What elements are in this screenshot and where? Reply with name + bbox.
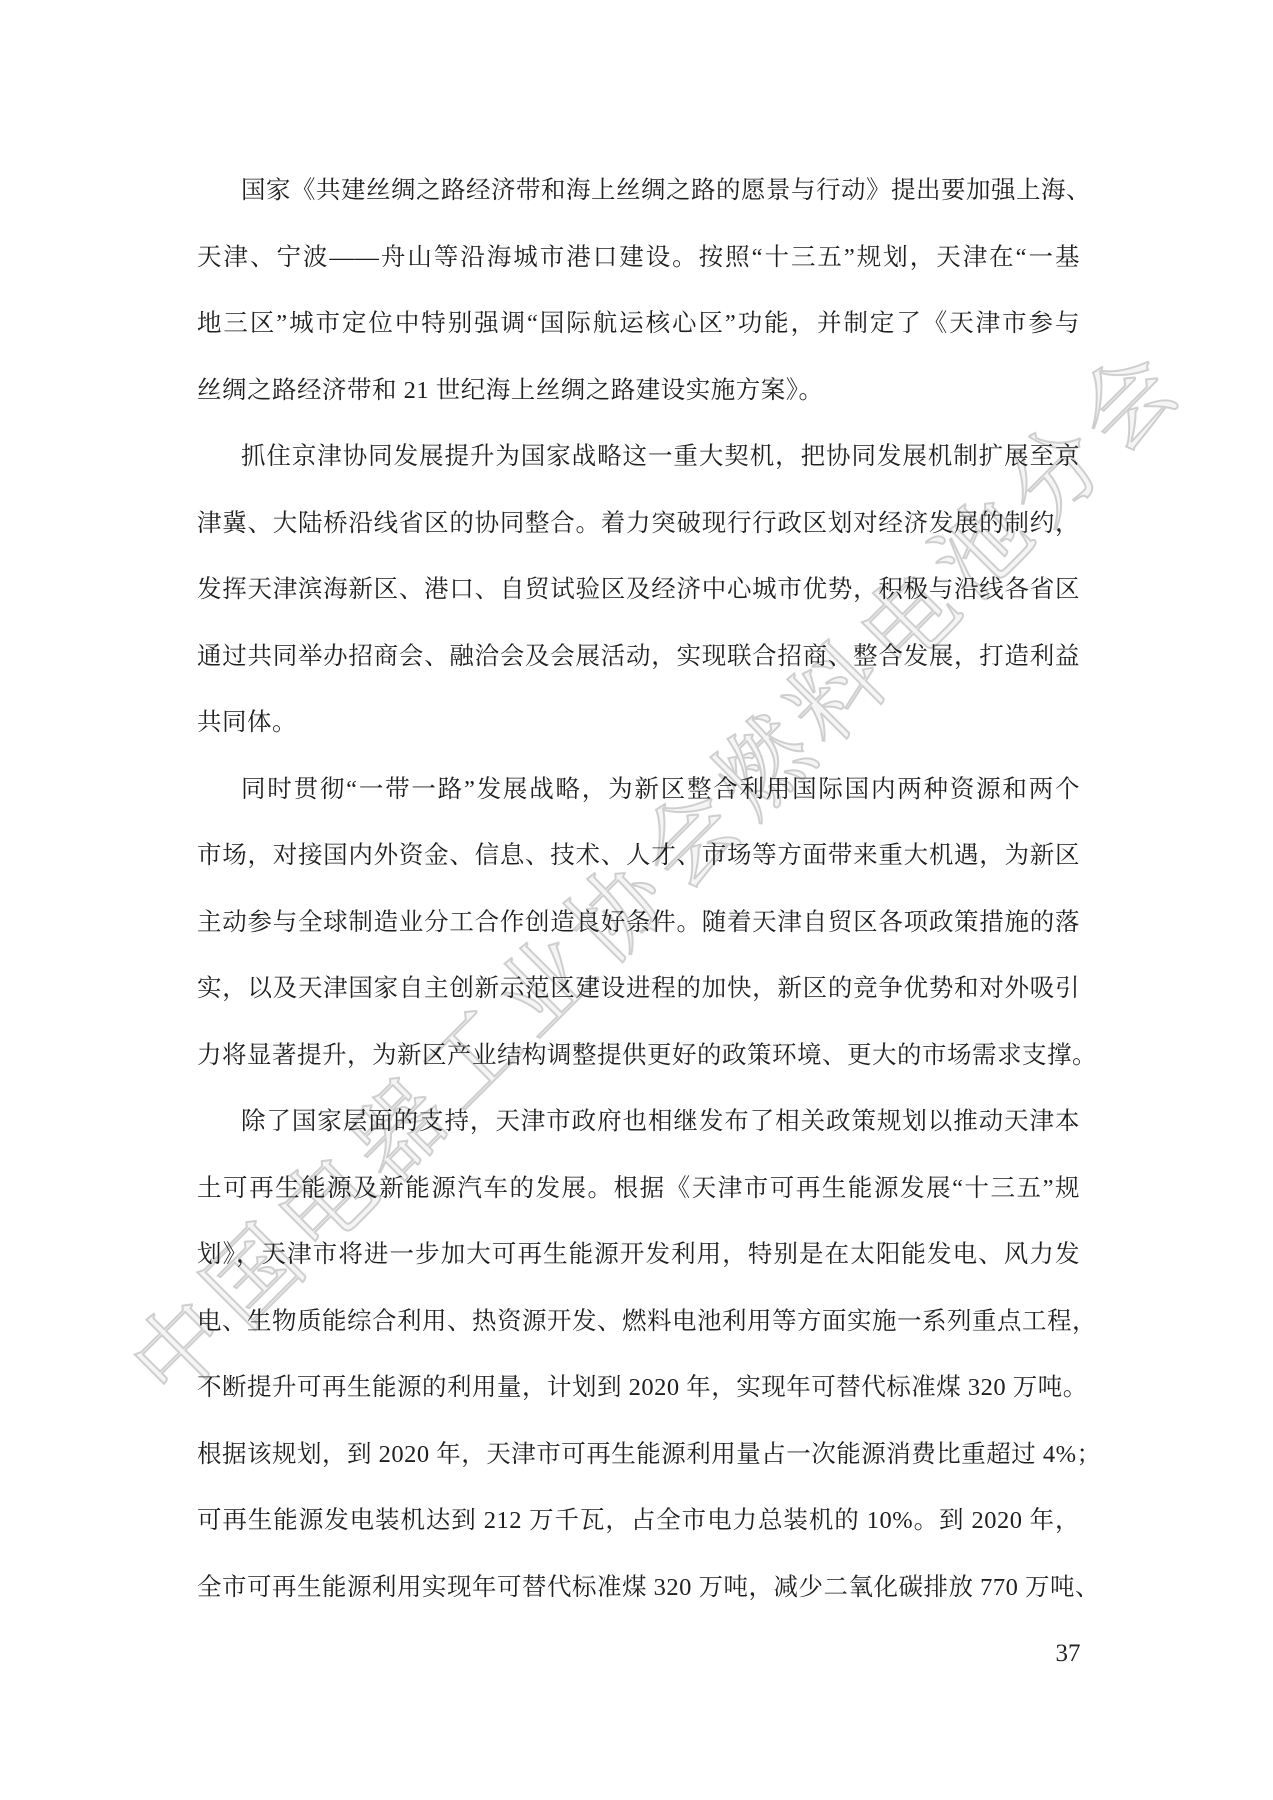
text-line: 市场，对接国内外资金、信息、技术、人才、市场等方面带来重大机遇，为新区 <box>197 823 1080 890</box>
text-line: 地三区”城市定位中特别强调“国际航运核心区”功能，并制定了《天津市参与 <box>197 291 1080 358</box>
text-line: 实，以及天津国家自主创新示范区建设进程的加快，新区的竞争优势和对外吸引 <box>197 956 1080 1023</box>
text-line: 国家《共建丝绸之路经济带和海上丝绸之路的愿景与行动》提出要加强上海、 <box>197 158 1080 225</box>
text-line: 丝绸之路经济带和 21 世纪海上丝绸之路建设实施方案》。 <box>197 358 1080 425</box>
text-line: 发挥天津滨海新区、港口、自贸试验区及经济中心城市优势，积极与沿线各省区 <box>197 557 1080 624</box>
text-line: 天津、宁波——舟山等沿海城市港口建设。按照“十三五”规划，天津在“一基 <box>197 225 1080 292</box>
text-line: 津冀、大陆桥沿线省区的协同整合。着力突破现行行政区划对经济发展的制约， <box>197 491 1080 558</box>
text-line: 除了国家层面的支持，天津市政府也相继发布了相关政策规划以推动天津本 <box>197 1089 1080 1156</box>
page-number: 37 <box>1023 1640 1113 1668</box>
text-line: 力将显著提升，为新区产业结构调整提供更好的政策环境、更大的市场需求支撑。 <box>197 1023 1080 1090</box>
text-line: 电、生物质能综合利用、热资源开发、燃料电池利用等方面实施一系列重点工程， <box>197 1289 1080 1356</box>
text-line: 不断提升可再生能源的利用量，计划到 2020 年，实现年可替代标准煤 320 万… <box>197 1355 1080 1422</box>
text-line: 主动参与全球制造业分工合作创造良好条件。随着天津自贸区各项政策措施的落 <box>197 890 1080 957</box>
text-line: 土可再生能源及新能源汽车的发展。根据《天津市可再生能源发展“十三五”规 <box>197 1156 1080 1223</box>
text-line: 同时贯彻“一带一路”发展战略，为新区整合利用国际国内两种资源和两个 <box>197 757 1080 824</box>
text-line: 可再生能源发电装机达到 212 万千瓦，占全市电力总装机的 10%。到 2020… <box>197 1488 1080 1555</box>
text-line: 根据该规划，到 2020 年，天津市可再生能源利用量占一次能源消费比重超过 4%… <box>197 1422 1080 1489</box>
text-line: 共同体。 <box>197 690 1080 757</box>
text-line: 全市可再生能源利用实现年可替代标准煤 320 万吨，减少二氧化碳排放 770 万… <box>197 1555 1080 1622</box>
document-body: 国家《共建丝绸之路经济带和海上丝绸之路的愿景与行动》提出要加强上海、天津、宁波—… <box>197 158 1080 1621</box>
text-line: 通过共同举办招商会、融洽会及会展活动，实现联合招商、整合发展，打造利益 <box>197 624 1080 691</box>
text-line: 抓住京津协同发展提升为国家战略这一重大契机，把协同发展机制扩展至京 <box>197 424 1080 491</box>
text-line: 划》，天津市将进一步加大可再生能源开发利用，特别是在太阳能发电、风力发 <box>197 1222 1080 1289</box>
document-page: 中国电器工业协会燃料电池分会 国家《共建丝绸之路经济带和海上丝绸之路的愿景与行动… <box>0 0 1273 1800</box>
